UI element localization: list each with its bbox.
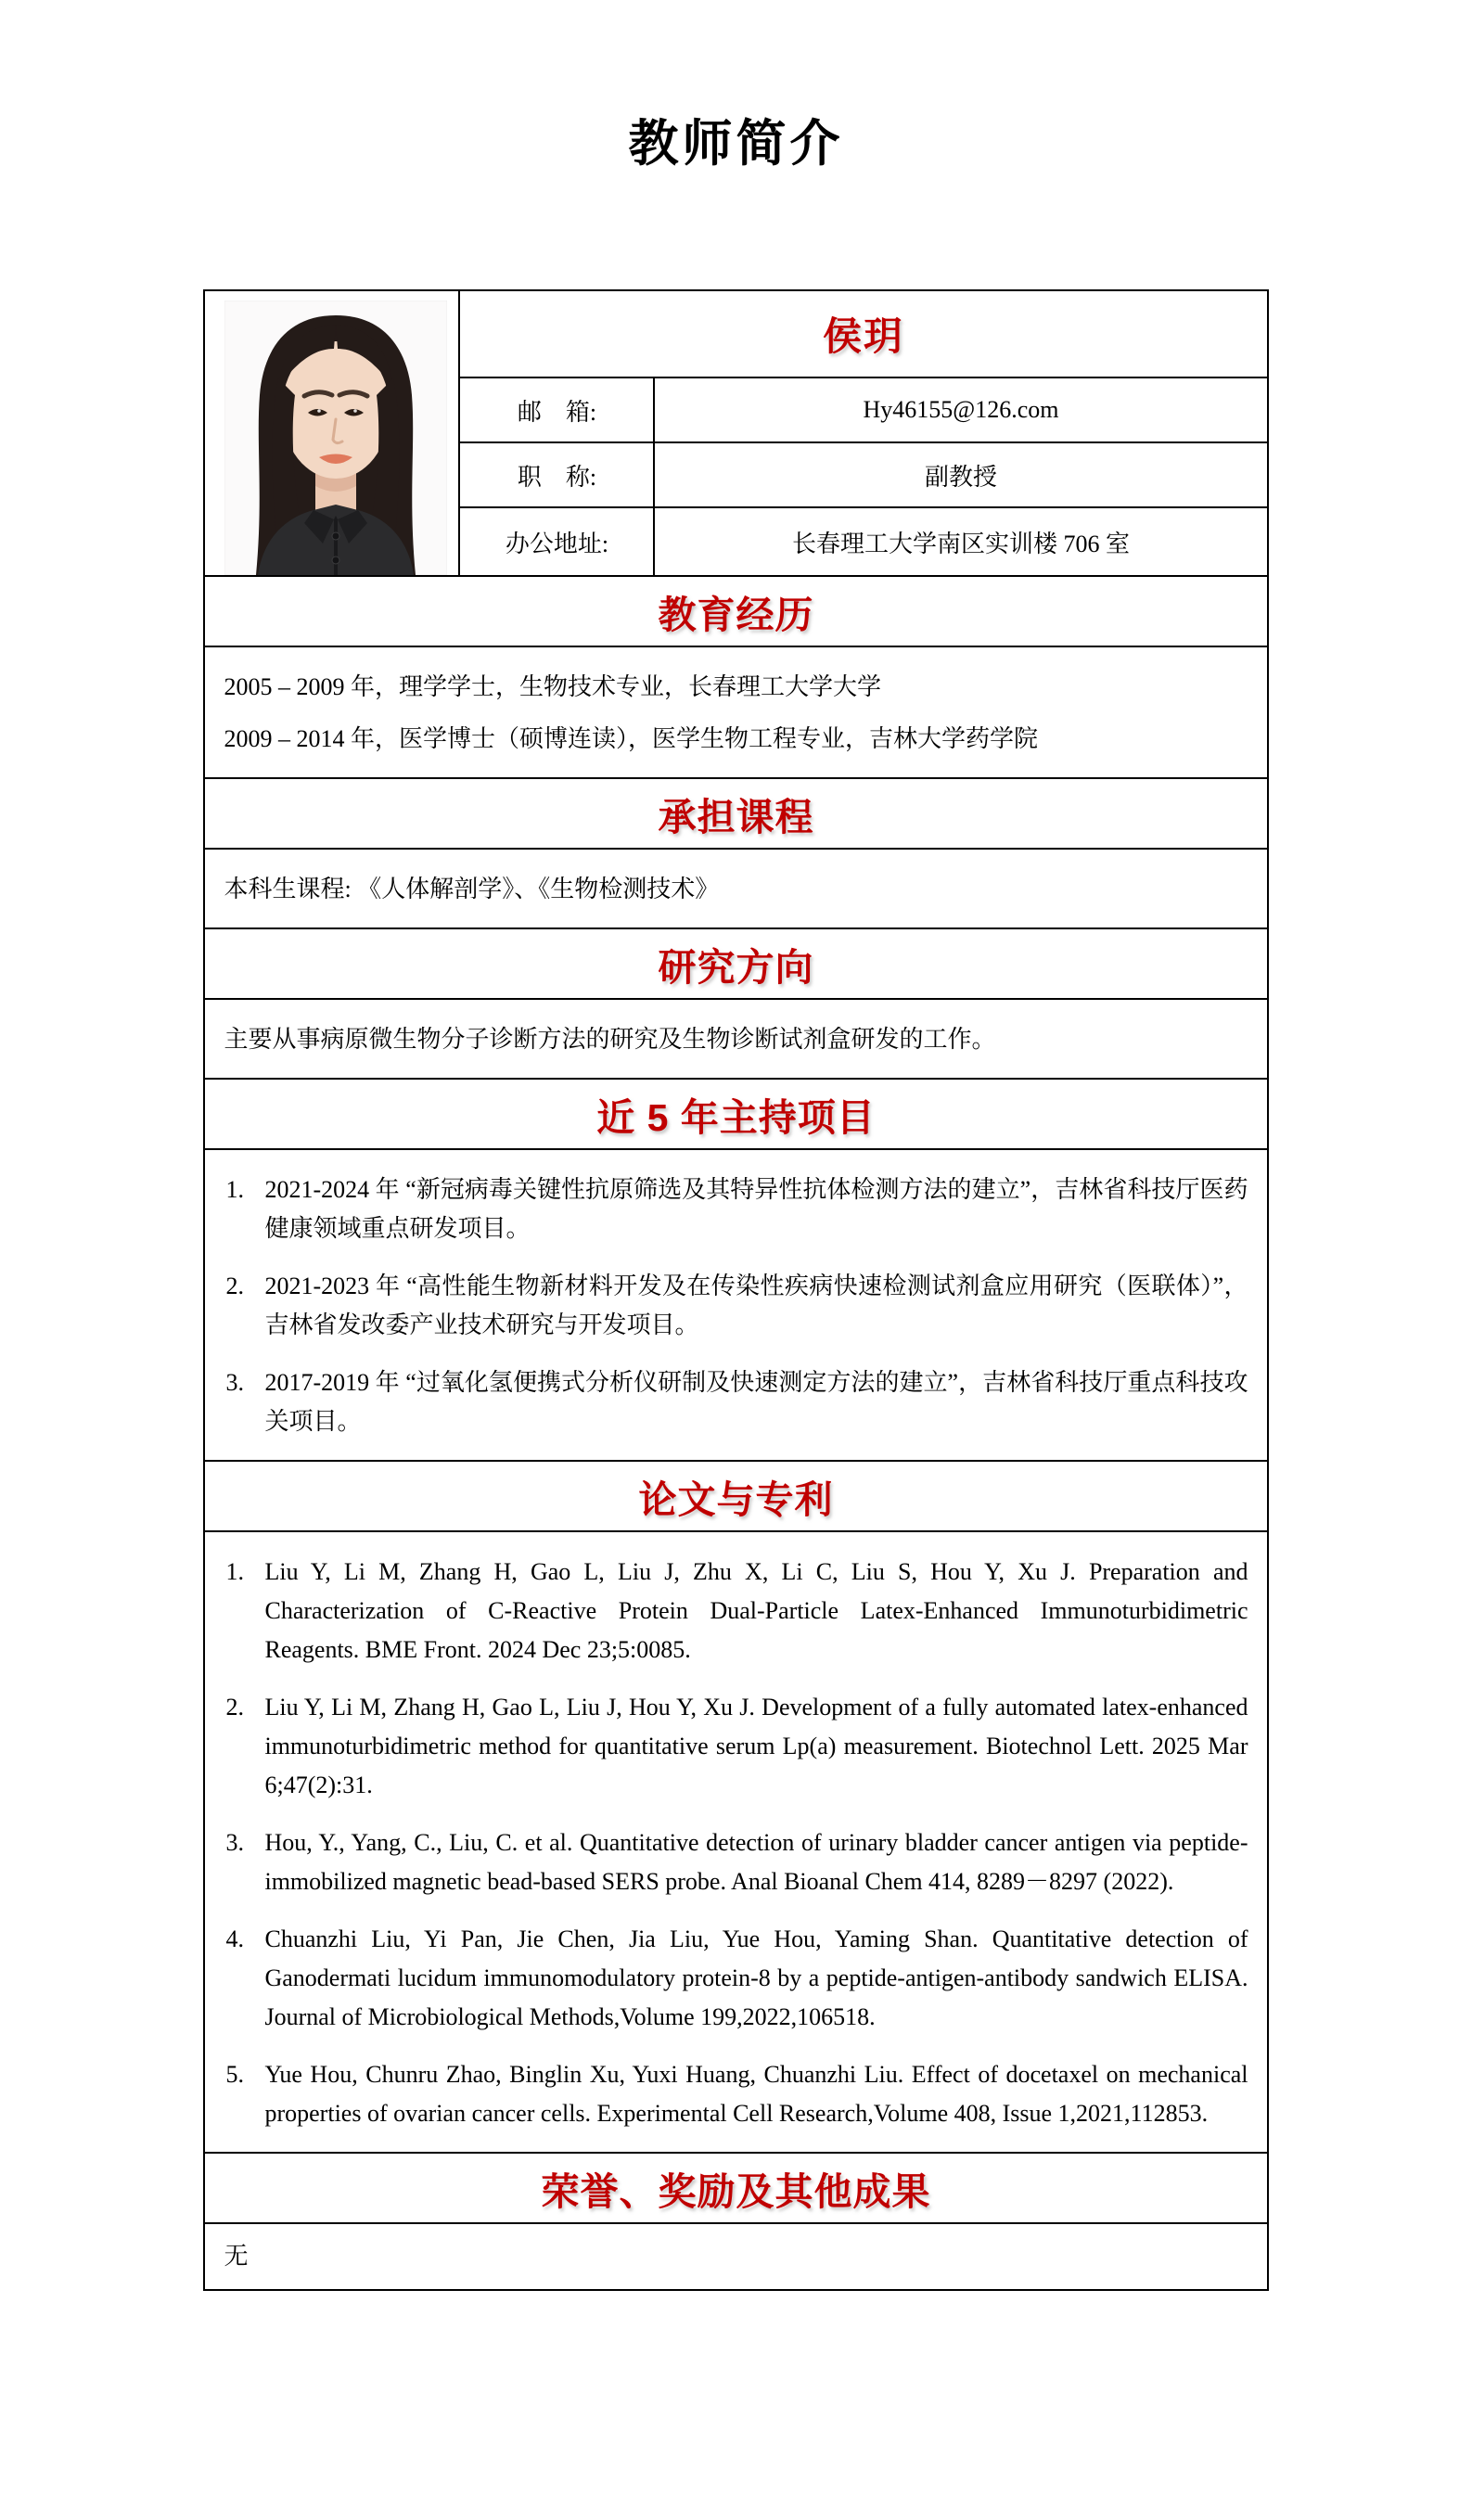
research-entry: 主要从事病原微生物分子诊断方法的研究及生物诊断试剂盒研发的工作。 [224, 1020, 1248, 1059]
paper-text: Chuanzhi Liu, Yi Pan, Jie Chen, Jia Liu,… [264, 1925, 1248, 2030]
papers-content: 1. Liu Y, Li M, Zhang H, Gao L, Liu J, Z… [204, 1531, 1267, 2153]
project-item: 3. 2017-2019 年 “过氧化氢便携式分析仪研制及快速测定方法的建立”，… [224, 1363, 1248, 1441]
project-text: 2021-2023 年 “高性能生物新材料开发及在传染性疾病快速检测试剂盒应用研… [264, 1273, 1248, 1338]
paper-item: 3. Hou, Y., Yang, C., Liu, C. et al. Qua… [224, 1823, 1248, 1901]
table-row: 教育经历 [204, 576, 1267, 646]
education-entry: 2005 – 2009 年，理学学士，生物技术专业，长春理工大学大学 [224, 668, 1248, 707]
paper-text: Liu Y, Li M, Zhang H, Gao L, Liu J, Hou … [264, 1694, 1248, 1798]
teacher-name: 侯玥 [459, 290, 1267, 377]
table-row: 承担课程 [204, 778, 1267, 849]
section-header-research: 研究方向 [204, 928, 1267, 999]
courses-content: 本科生课程: 《人体解剖学》、《生物检测技术》 [204, 849, 1267, 928]
teacher-profile-table: 侯玥 邮 箱: Hy46155@126.com 职 称: 副教授 办公地址: 长… [203, 289, 1268, 2291]
project-item: 1. 2021-2024 年 “新冠病毒关键性抗原筛选及其特异性抗体检测方法的建… [224, 1170, 1248, 1248]
paper-text: Liu Y, Li M, Zhang H, Gao L, Liu J, Zhu … [264, 1558, 1248, 1663]
email-value: Hy46155@126.com [654, 377, 1267, 442]
paper-number: 3. [225, 1823, 244, 1862]
section-header-education: 教育经历 [204, 576, 1267, 646]
project-number: 3. [225, 1363, 244, 1402]
paper-number: 2. [225, 1688, 244, 1727]
courses-entry: 本科生课程: 《人体解剖学》、《生物检测技术》 [224, 870, 1248, 909]
table-row: 侯玥 [204, 290, 1267, 377]
faculty-portrait-photo [224, 301, 447, 575]
project-number: 1. [225, 1170, 244, 1209]
research-content: 主要从事病原微生物分子诊断方法的研究及生物诊断试剂盒研发的工作。 [204, 999, 1267, 1079]
section-header-projects: 近 5 年主持项目 [204, 1079, 1267, 1149]
job-title-value: 副教授 [654, 442, 1267, 507]
table-row: 1. Liu Y, Li M, Zhang H, Gao L, Liu J, Z… [204, 1531, 1267, 2153]
paper-item: 2. Liu Y, Li M, Zhang H, Gao L, Liu J, H… [224, 1688, 1248, 1805]
section-header-courses: 承担课程 [204, 778, 1267, 849]
table-row: 本科生课程: 《人体解剖学》、《生物检测技术》 [204, 849, 1267, 928]
table-row: 荣誉、奖励及其他成果 [204, 2153, 1267, 2223]
section-header-papers: 论文与专利 [204, 1461, 1267, 1531]
table-row: 主要从事病原微生物分子诊断方法的研究及生物诊断试剂盒研发的工作。 [204, 999, 1267, 1079]
email-label: 邮 箱: [459, 377, 654, 442]
table-row: 2005 – 2009 年，理学学士，生物技术专业，长春理工大学大学 2009 … [204, 646, 1267, 778]
job-title-label: 职 称: [459, 442, 654, 507]
paper-number: 1. [225, 1553, 244, 1592]
paper-text: Hou, Y., Yang, C., Liu, C. et al. Quanti… [264, 1829, 1248, 1895]
paper-item: 5. Yue Hou, Chunru Zhao, Binglin Xu, Yux… [224, 2055, 1248, 2133]
table-row: 论文与专利 [204, 1461, 1267, 1531]
table-row: 研究方向 [204, 928, 1267, 999]
project-text: 2017-2019 年 “过氧化氢便携式分析仪研制及快速测定方法的建立”，吉林省… [264, 1369, 1248, 1435]
paper-number: 5. [225, 2055, 244, 2094]
project-item: 2. 2021-2023 年 “高性能生物新材料开发及在传染性疾病快速检测试剂盒… [224, 1267, 1248, 1345]
paper-number: 4. [225, 1920, 244, 1959]
project-text: 2021-2024 年 “新冠病毒关键性抗原筛选及其特异性抗体检测方法的建立”，… [264, 1176, 1248, 1242]
table-row: 近 5 年主持项目 [204, 1079, 1267, 1149]
projects-content: 1. 2021-2024 年 “新冠病毒关键性抗原筛选及其特异性抗体检测方法的建… [204, 1149, 1267, 1461]
page-title: 教师简介 [0, 113, 1472, 174]
project-number: 2. [225, 1267, 244, 1306]
paper-item: 4. Chuanzhi Liu, Yi Pan, Jie Chen, Jia L… [224, 1920, 1248, 2037]
photo-cell [204, 290, 459, 576]
education-content: 2005 – 2009 年，理学学士，生物技术专业，长春理工大学大学 2009 … [204, 646, 1267, 778]
table-row: 1. 2021-2024 年 “新冠病毒关键性抗原筛选及其特异性抗体检测方法的建… [204, 1149, 1267, 1461]
office-address-value: 长春理工大学南区实训楼 706 室 [654, 507, 1267, 576]
office-address-label: 办公地址: [459, 507, 654, 576]
paper-text: Yue Hou, Chunru Zhao, Binglin Xu, Yuxi H… [264, 2061, 1248, 2127]
paper-item: 1. Liu Y, Li M, Zhang H, Gao L, Liu J, Z… [224, 1553, 1248, 1669]
education-entry: 2009 – 2014 年，医学博士（硕博连读），医学生物工程专业，吉林大学药学… [224, 720, 1248, 759]
section-header-honors: 荣誉、奖励及其他成果 [204, 2153, 1267, 2223]
honors-content: 无 [204, 2223, 1267, 2290]
table-row: 无 [204, 2223, 1267, 2290]
